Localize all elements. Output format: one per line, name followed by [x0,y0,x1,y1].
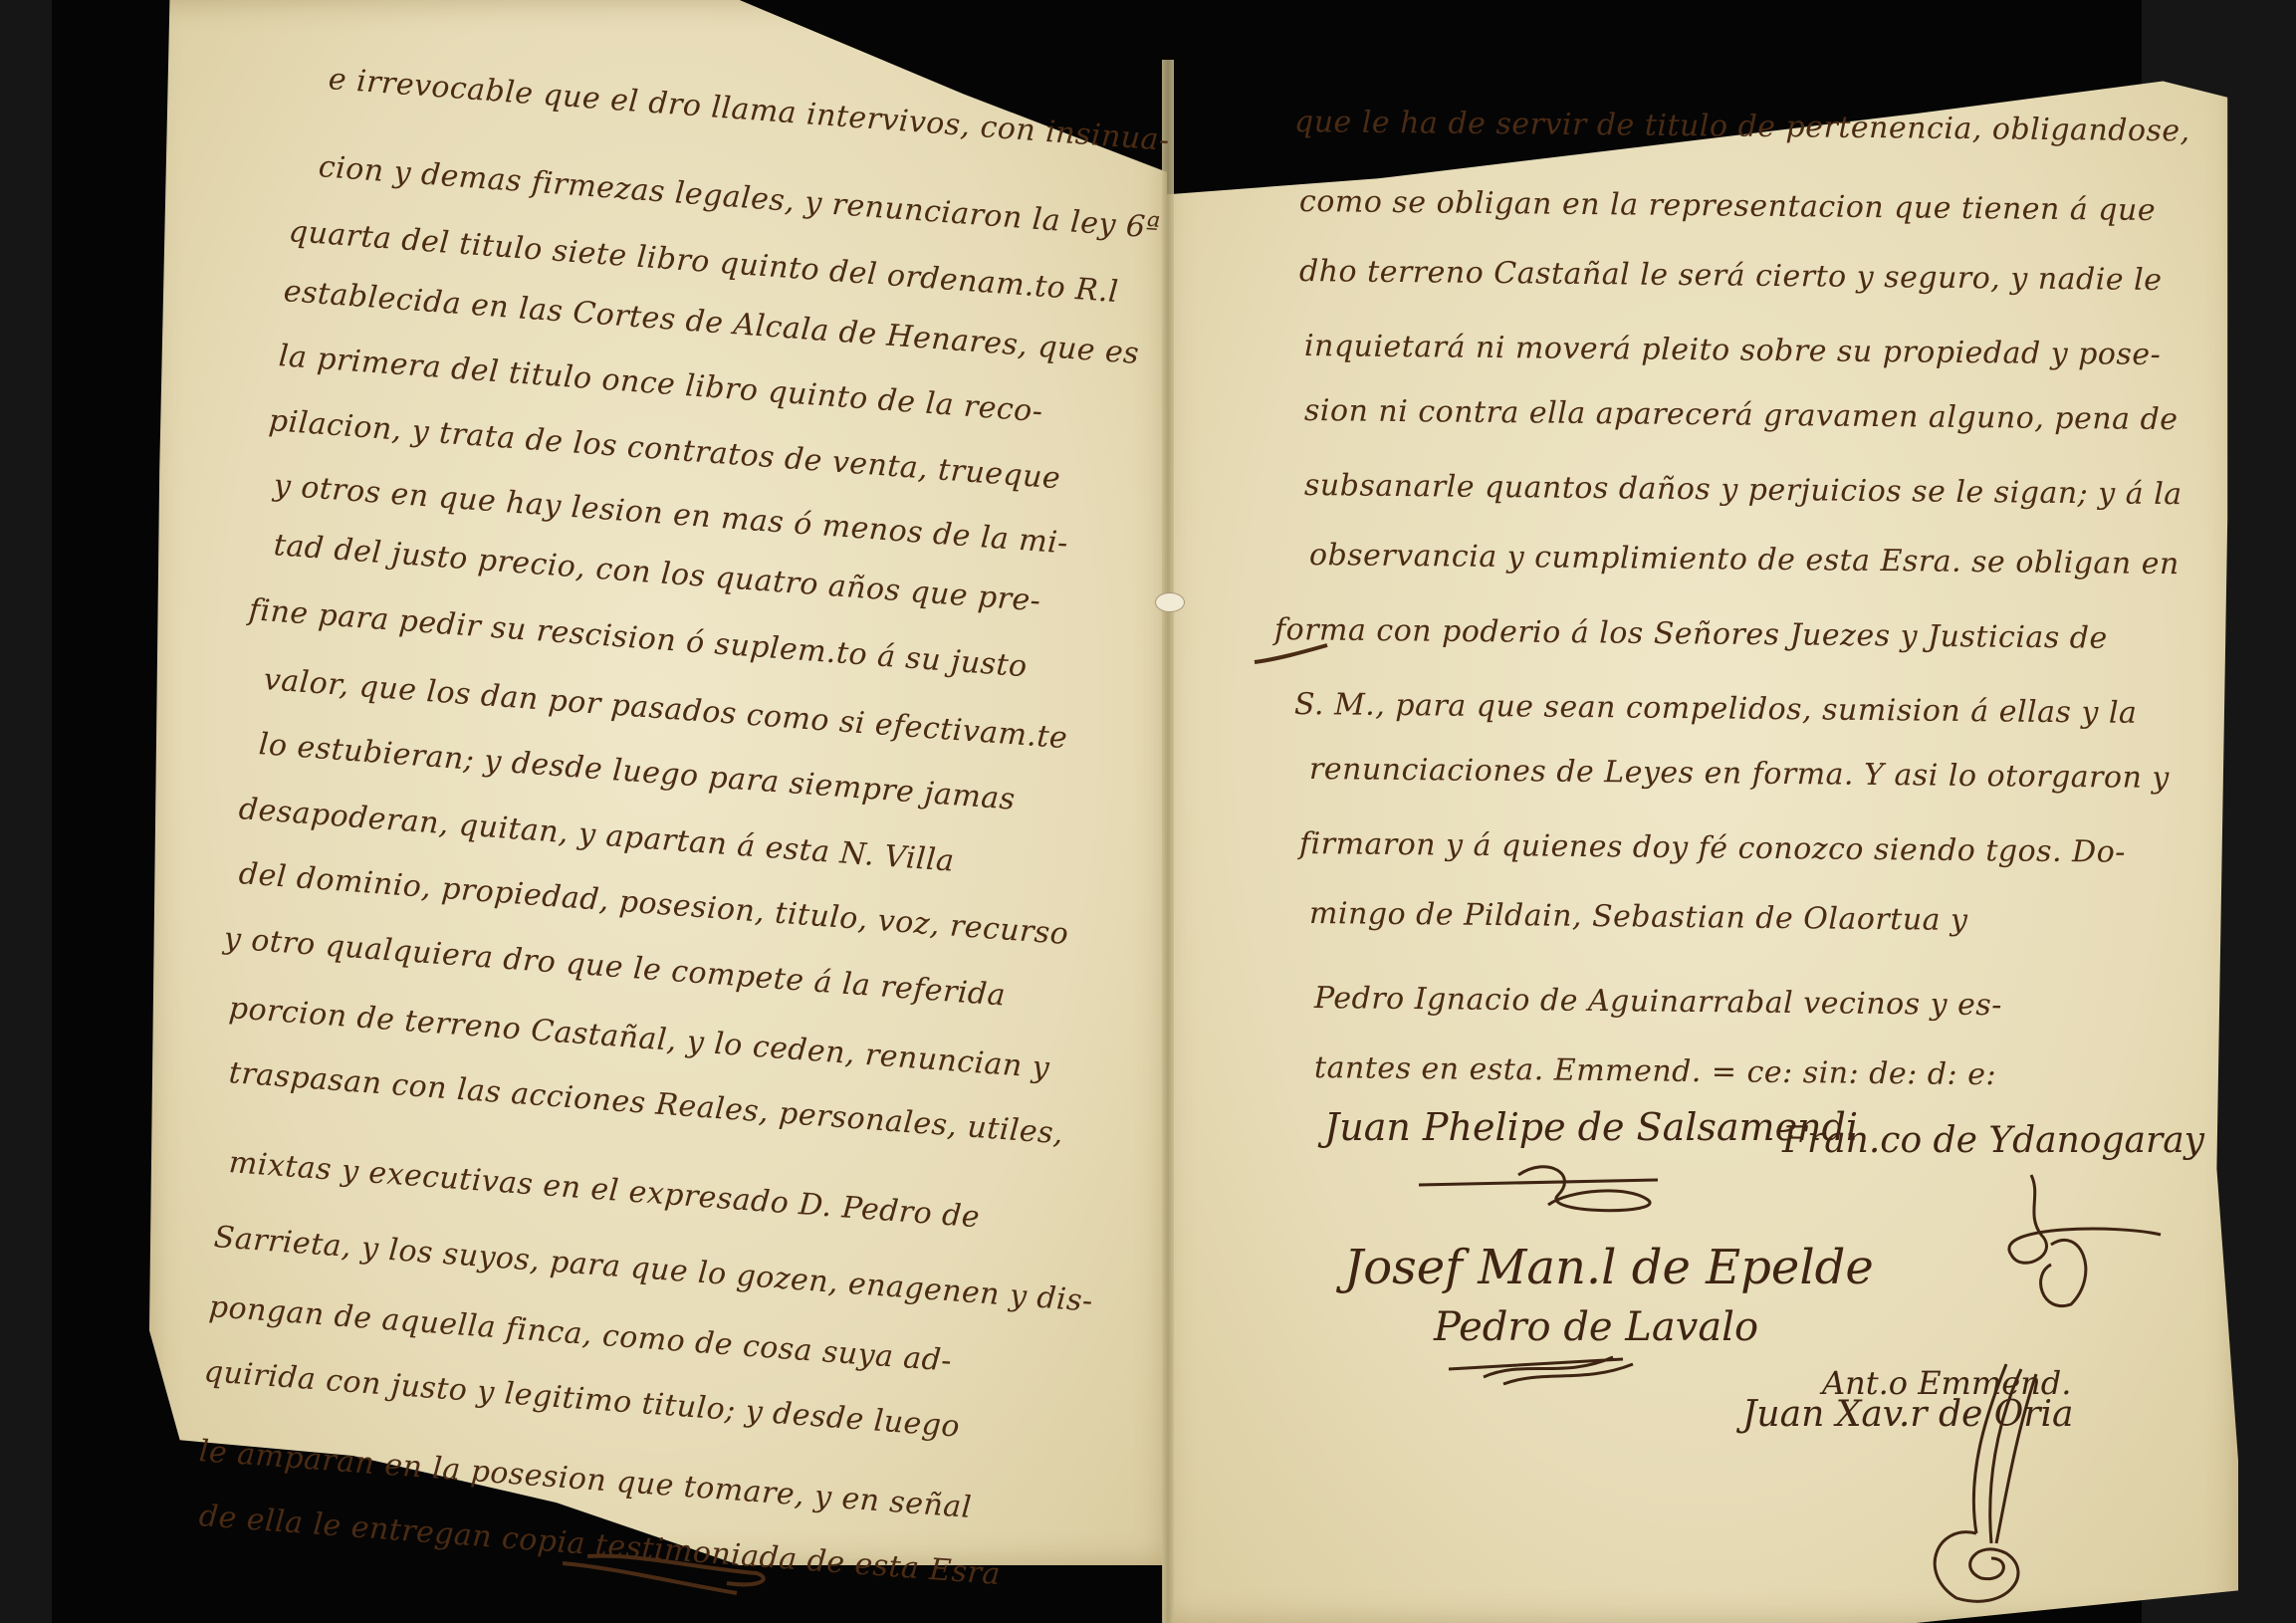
signature-rubric-oria [1897,1354,2056,1613]
dash-flourish [1253,637,1332,667]
text-line: forma con poderio á los Señores Juezes y… [1274,612,2108,656]
text-line: firmaron y á quienes doy fé conozco sien… [1299,826,2126,870]
text-line: renunciaciones de Leyes en forma. Y asi … [1309,752,2170,796]
document-spread: e irrevocable que el dro llama intervivo… [0,0,2296,1623]
text-line: como se obligan en la representacion que… [1299,184,2156,228]
signature-epelde: Josef Man.l de Epelde [1344,1240,1874,1295]
text-line: mingo de Pildain, Sebastian de Olaortua … [1309,896,1968,938]
text-line: inquietará ni moverá pleito sobre su pro… [1304,329,2162,372]
signature-salsamendi: Juan Phelipe de Salsamendi [1324,1105,1858,1149]
text-line: dho terreno Castañal le será cierto y se… [1299,254,2163,298]
signature-rubric-ydanogaray [1971,1165,2181,1314]
text-line: que le ha de servir de titulo de pertene… [1294,105,2190,148]
text-line: tantes en esta. Emmend. = ce: sin: de: d… [1314,1050,1996,1092]
signature-rubric-salsamendi [1409,1145,1727,1225]
text-line: subsanarle quantos daños y perjuicios se… [1304,468,2182,512]
signature-ydanogaray: Fran.co de Ydanogaray [1782,1120,2204,1161]
signature-rubric-lavalo [1444,1339,1643,1389]
text-line: observancia y cumplimiento de esta Esra.… [1309,538,2180,581]
text-line: sion ni contra ella aparecerá gravamen a… [1304,393,2179,437]
text-line: S. M., para que sean compelidos, sumisio… [1294,687,2138,731]
text-line: Pedro Ignacio de Aguinarrabal vecinos y … [1314,981,2002,1023]
